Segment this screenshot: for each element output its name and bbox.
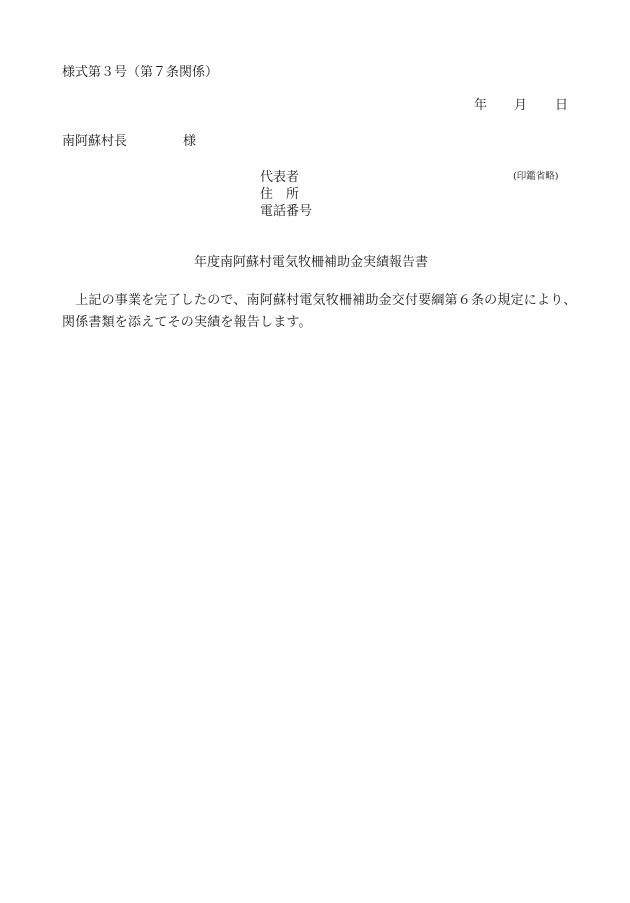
address-label: 住 所 — [260, 186, 312, 203]
date-day-label: 日 — [555, 99, 568, 112]
representative-label: 代表者 — [260, 169, 312, 186]
body-line-1: 上記の事業を完了したので、南阿蘇村電気牧柵補助金交付要綱第６条の規定により、 — [62, 290, 582, 312]
document-page: 様式第３号（第７条関係） 年 月 日 南阿蘇村長 様 代表者 住 所 電話番号 … — [0, 0, 630, 903]
body-line-2: 関係書類を添えてその実績を報告します。 — [62, 312, 582, 334]
addressee-name: 南阿蘇村長 — [62, 135, 127, 148]
body-paragraph: 上記の事業を完了したので、南阿蘇村電気牧柵補助金交付要綱第６条の規定により、 関… — [62, 290, 582, 334]
document-title: 年度南阿蘇村電気牧柵補助金実績報告書 — [0, 256, 630, 269]
date-year-label: 年 — [474, 99, 487, 112]
phone-label: 電話番号 — [260, 203, 312, 220]
form-number: 様式第３号（第７条関係） — [62, 66, 218, 79]
seal-omitted-note: (印鑑省略) — [513, 172, 558, 182]
applicant-block: 代表者 住 所 電話番号 — [260, 169, 312, 220]
date-month-label: 月 — [514, 99, 527, 112]
addressee-honorific: 様 — [183, 135, 196, 148]
document-title-text: 年度南阿蘇村電気牧柵補助金実績報告書 — [194, 256, 428, 269]
